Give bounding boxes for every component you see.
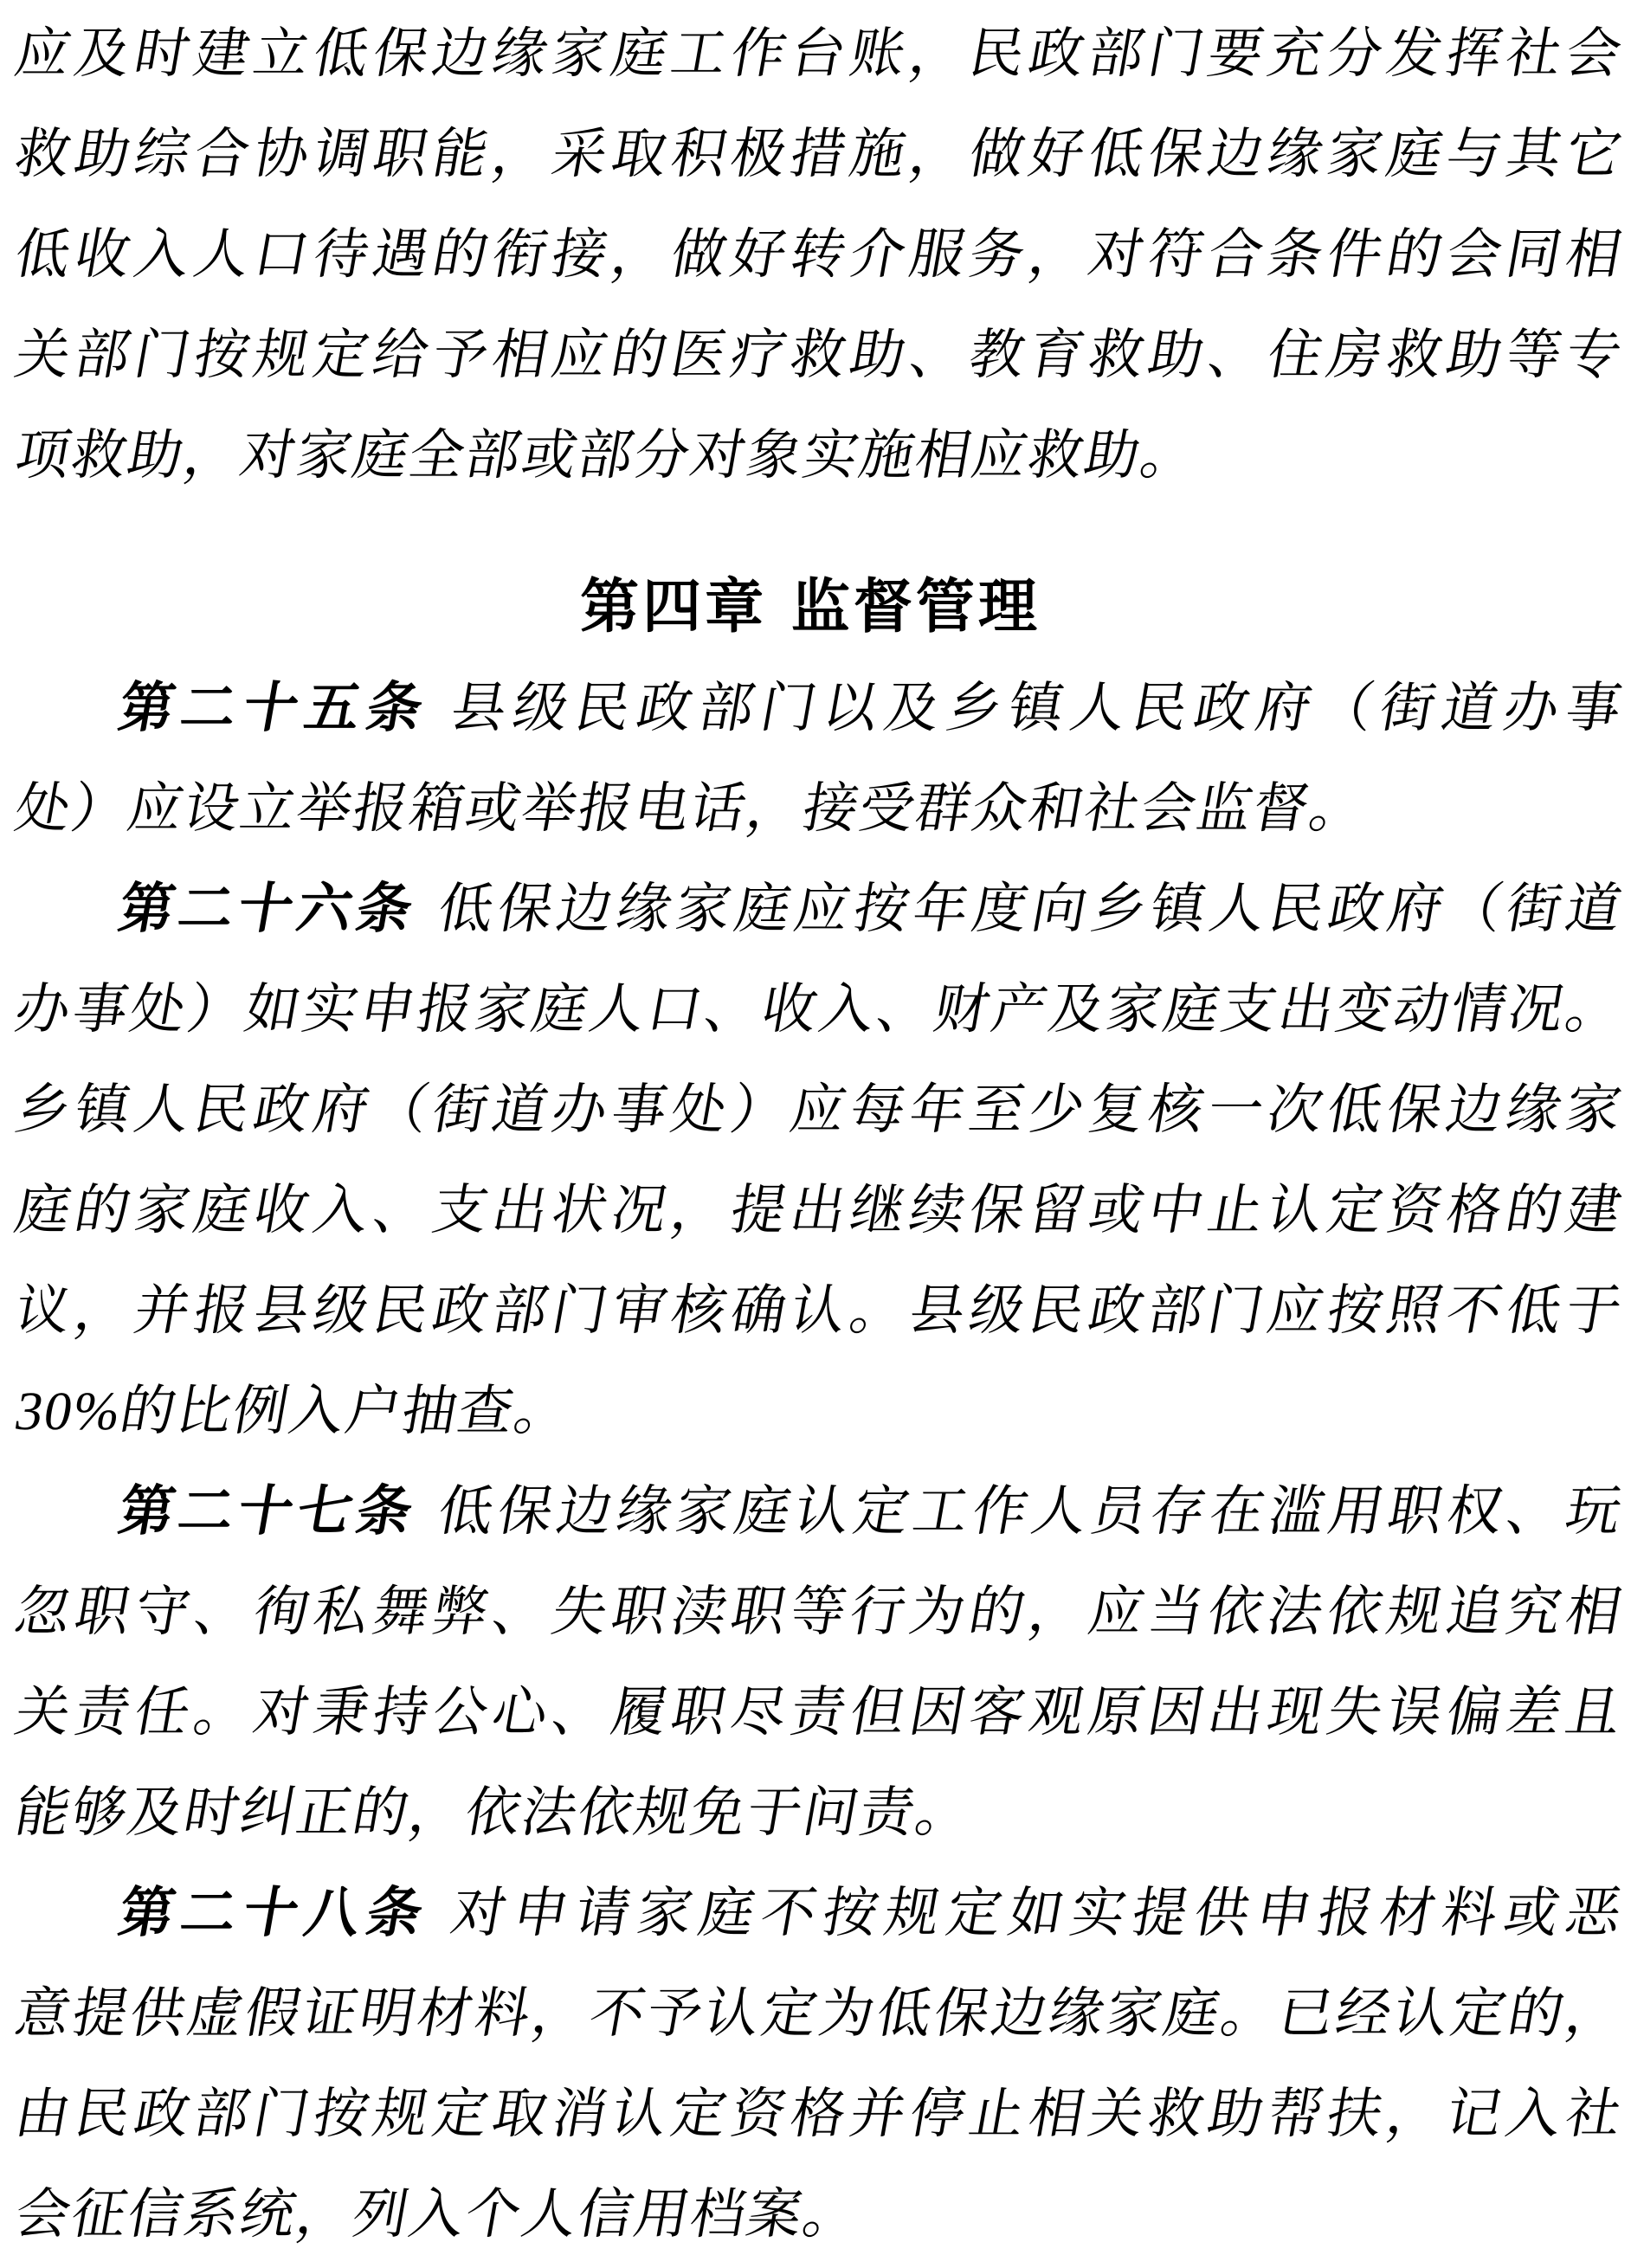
article-27-number: 第二十七条 <box>114 1481 422 1542</box>
article-26-number: 第二十六条 <box>114 879 422 939</box>
body-line: 庭的家庭收入、支出状况，提出继续保留或中止认定资格的建 <box>7 1160 1631 1260</box>
body-line: 忽职守、徇私舞弊、失职渎职等行为的，应当依法依规追究相 <box>7 1562 1631 1662</box>
article-26-text: 低保边缘家庭应按年度向乡镇人民政府（街道 <box>434 879 1628 939</box>
body-line: 关部门按规定给予相应的医疗救助、教育救助、住房救助等专 <box>7 305 1631 405</box>
body-line: 处）应设立举报箱或举报电话，接受群众和社会监督。 <box>7 758 1631 859</box>
body-line: 议，并报县级民政部门审核确认。县级民政部门应按照不低于 <box>7 1260 1631 1361</box>
body-line: 乡镇人民政府（街道办事处）应每年至少复核一次低保边缘家 <box>7 1060 1631 1160</box>
article-25-number: 第二十五条 <box>114 678 435 738</box>
article-27-line: 第二十七条低保边缘家庭认定工作人员存在滥用职权、玩 <box>7 1461 1631 1562</box>
body-line: 意提供虚假证明材料，不予认定为低保边缘家庭。已经认定的， <box>7 1963 1631 2064</box>
body-line: 应及时建立低保边缘家庭工作台账，民政部门要充分发挥社会 <box>7 3 1631 104</box>
document-page: 应及时建立低保边缘家庭工作台账，民政部门要充分发挥社会 救助综合协调职能，采取积… <box>0 0 1631 2268</box>
body-line: 会征信系统，列入个人信用档案。 <box>7 2164 1631 2265</box>
article-25-line: 第二十五条县级民政部门以及乡镇人民政府（街道办事 <box>7 658 1631 758</box>
article-25-text: 县级民政部门以及乡镇人民政府（街道办事 <box>447 678 1628 738</box>
body-line: 救助综合协调职能，采取积极措施，做好低保边缘家庭与其它 <box>7 104 1631 204</box>
body-line: 由民政部门按规定取消认定资格并停止相关救助帮扶，记入社 <box>7 2064 1631 2164</box>
article-28-text: 对申请家庭不按规定如实提供申报材料或恶 <box>447 1883 1628 1943</box>
body-line: 低收入人口待遇的衔接，做好转介服务，对符合条件的会同相 <box>7 204 1631 305</box>
chapter-heading: 第四章 监督管理 <box>7 557 1614 658</box>
article-28-number: 第二十八条 <box>114 1883 435 1943</box>
body-line: 能够及时纠正的，依法依规免于问责。 <box>7 1762 1631 1863</box>
body-line: 关责任。对秉持公心、履职尽责但因客观原因出现失误偏差且 <box>7 1662 1631 1762</box>
body-line: 办事处）如实申报家庭人口、收入、财产及家庭支出变动情况。 <box>7 959 1631 1060</box>
article-26-line: 第二十六条低保边缘家庭应按年度向乡镇人民政府（街道 <box>7 859 1631 959</box>
body-line: 30%的比例入户抽查。 <box>7 1361 1631 1461</box>
body-line: 项救助，对家庭全部或部分对象实施相应救助。 <box>7 405 1631 506</box>
article-28-line: 第二十八条对申请家庭不按规定如实提供申报材料或恶 <box>7 1863 1631 1963</box>
article-27-text: 低保边缘家庭认定工作人员存在滥用职权、玩 <box>434 1481 1628 1542</box>
